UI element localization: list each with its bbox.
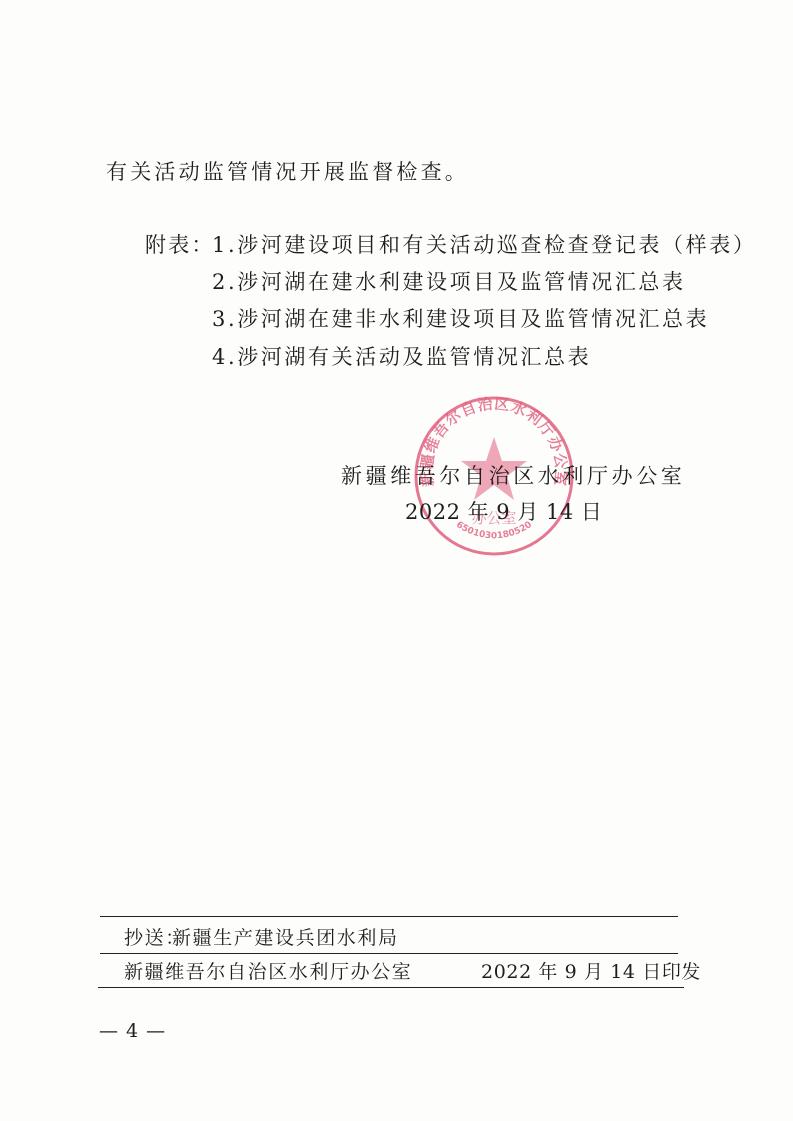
attachments-label: 附表： (145, 231, 215, 259)
attachment-item-2: 2.涉河湖在建水利建设项目及监管情况汇总表 (212, 268, 686, 296)
attachment-item-4: 4.涉河湖有关活动及监管情况汇总表 (212, 343, 591, 371)
signature-issuer: 新疆维吾尔自治区水利厅办公室 (341, 462, 685, 490)
cc-recipient: 新疆生产建设兵团水利局 (172, 926, 399, 950)
attachment-item-3: 3.涉河湖在建非水利建设项目及监管情况汇总表 (212, 305, 709, 333)
footer-rule-middle (100, 953, 678, 954)
body-continuation: 有关活动监管情况开展监督检查。 (106, 158, 469, 186)
footer-print-date: 2022 年 9 月 14 日印发 (481, 960, 701, 984)
footer-issuer: 新疆维吾尔自治区水利厅办公室 (124, 960, 412, 984)
footer-rule-top (100, 916, 678, 917)
page-number: — 4 — (99, 1017, 166, 1045)
signature-date: 2022 年 9 月 14 日 (405, 498, 602, 526)
attachment-item-1: 1.涉河建设项目和有关活动巡查检查登记表（样表） (212, 231, 756, 259)
footer-rule-bottom (98, 987, 684, 988)
document-page: 有关活动监管情况开展监督检查。 附表： 1.涉河建设项目和有关活动巡查检查登记表… (0, 0, 793, 1121)
